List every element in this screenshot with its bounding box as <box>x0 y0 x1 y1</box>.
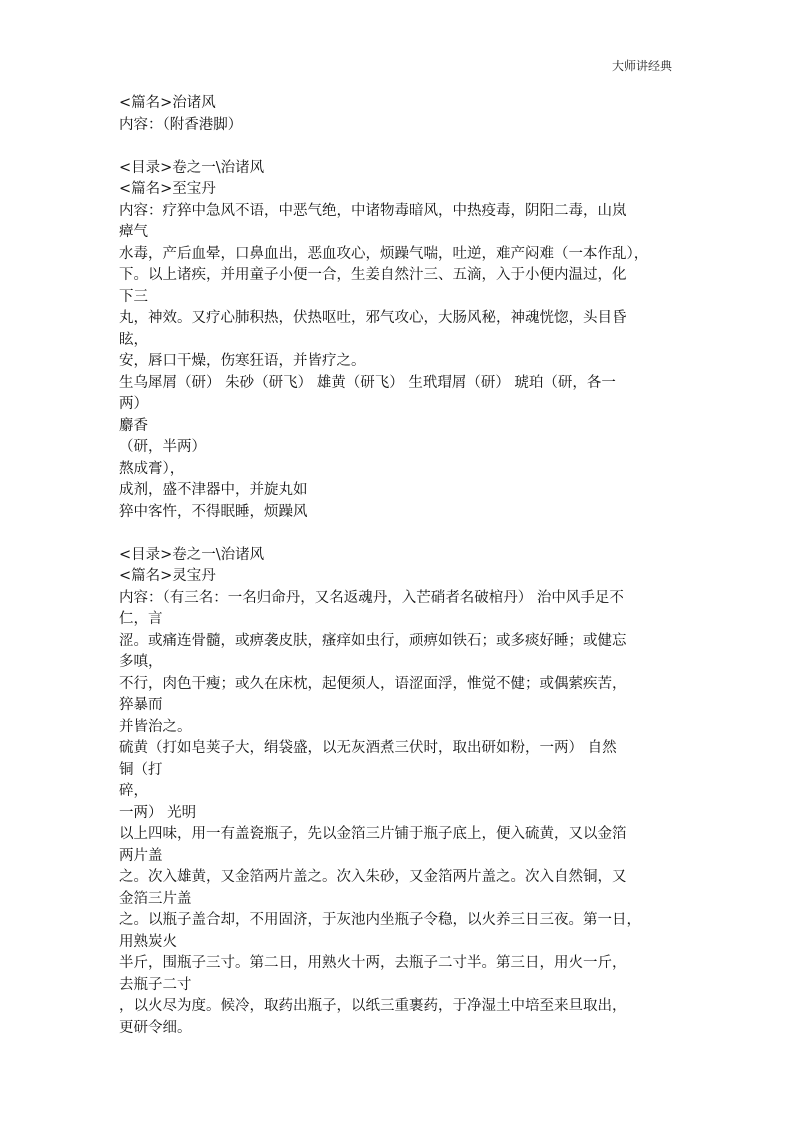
text-line: ，以火尽为度。候冷，取药出瓶子，以纸三重裹药，于净湿土中培至来旦取出， <box>119 996 679 1018</box>
text-line: 更研令细。 <box>119 1018 679 1040</box>
text-line: <篇名>灵宝丹 <box>119 566 679 588</box>
text-line: 成剂，盛不津器中，并旋丸如 <box>119 480 679 502</box>
text-line: 内容：（附香港脚） <box>119 115 679 137</box>
text-line: <篇名>治诸风 <box>119 93 679 115</box>
text-line <box>119 523 679 545</box>
text-line <box>119 136 679 158</box>
text-line: 内容：（有三名：一名归命丹，又名返魂丹，入芒硝者名破棺丹） 治中风手足不 <box>119 588 679 610</box>
text-line: <目录>卷之一\治诸风 <box>119 545 679 567</box>
text-line: 麝香 <box>119 416 679 438</box>
text-line: 瘴气 <box>119 222 679 244</box>
text-line: 安，唇口干燥，伤寒狂语，并皆疗之。 <box>119 351 679 373</box>
text-line: <目录>卷之一\治诸风 <box>119 158 679 180</box>
text-line: 两片盖 <box>119 846 679 868</box>
text-line: 之。以瓶子盖合却，不用固济，于灰池内坐瓶子令稳，以火养三日三夜。第一日， <box>119 910 679 932</box>
text-line: <篇名>至宝丹 <box>119 179 679 201</box>
text-line: 铜（打 <box>119 760 679 782</box>
text-line: 去瓶子二寸 <box>119 975 679 997</box>
text-line: 下三 <box>119 287 679 309</box>
text-line: 水毒，产后血晕，口鼻血出，恶血攻心，烦躁气喘，吐逆，难产闷难（一本作乱）， <box>119 244 679 266</box>
text-line: 硫黄（打如皂荚子大，绢袋盛，以无灰酒煮三伏时，取出研如粉，一两） 自然 <box>119 738 679 760</box>
text-line: 半斤，围瓶子三寸。第二日，用熟火十两，去瓶子二寸半。第三日，用火一斤， <box>119 953 679 975</box>
text-line: 仁，言 <box>119 609 679 631</box>
text-line: 两） <box>119 394 679 416</box>
text-line: （研，半两） <box>119 437 679 459</box>
text-line: 多嗔， <box>119 652 679 674</box>
text-line: 猝中客忤，不得眠睡，烦躁风 <box>119 502 679 524</box>
text-line: 不行，肉色干瘦；或久在床枕，起便须人，语涩面浮，惟觉不健；或偶萦疾苦， <box>119 674 679 696</box>
text-line: 熬成膏）， <box>119 459 679 481</box>
text-line: 涩。或痛连骨髓，或痹袭皮肤，瘙痒如虫行，顽痹如铁石；或多痰好睡；或健忘 <box>119 631 679 653</box>
text-line: 并皆治之。 <box>119 717 679 739</box>
text-line: 金箔三片盖 <box>119 889 679 911</box>
page-header: 大师讲经典 <box>612 57 672 74</box>
text-line: 之。次入雄黄，又金箔两片盖之。次入朱砂，又金箔两片盖之。次入自然铜，又 <box>119 867 679 889</box>
text-line: 以上四味，用一有盖瓷瓶子，先以金箔三片铺于瓶子底上，便入硫黄，又以金箔 <box>119 824 679 846</box>
text-line: 下。以上诸疾，并用童子小便一合，生姜自然汁三、五滴，入于小便内温过，化 <box>119 265 679 287</box>
text-line: 眩， <box>119 330 679 352</box>
text-line: 丸，神效。又疗心肺积热，伏热呕吐，邪气攻心，大肠风秘，神魂恍惚，头目昏 <box>119 308 679 330</box>
text-line: 一两） 光明 <box>119 803 679 825</box>
text-line: 用熟炭火 <box>119 932 679 954</box>
document-body: <篇名>治诸风 内容：（附香港脚） <目录>卷之一\治诸风 <篇名>至宝丹 内容… <box>119 93 679 1039</box>
text-line: 生乌犀屑（研） 朱砂（研飞） 雄黄（研飞） 生玳瑁屑（研） 琥珀（研，各一 <box>119 373 679 395</box>
text-line: 内容：疗猝中急风不语，中恶气绝，中诸物毒暗风，中热疫毒，阴阳二毒，山岚 <box>119 201 679 223</box>
text-line: 猝暴而 <box>119 695 679 717</box>
text-line: 碎， <box>119 781 679 803</box>
